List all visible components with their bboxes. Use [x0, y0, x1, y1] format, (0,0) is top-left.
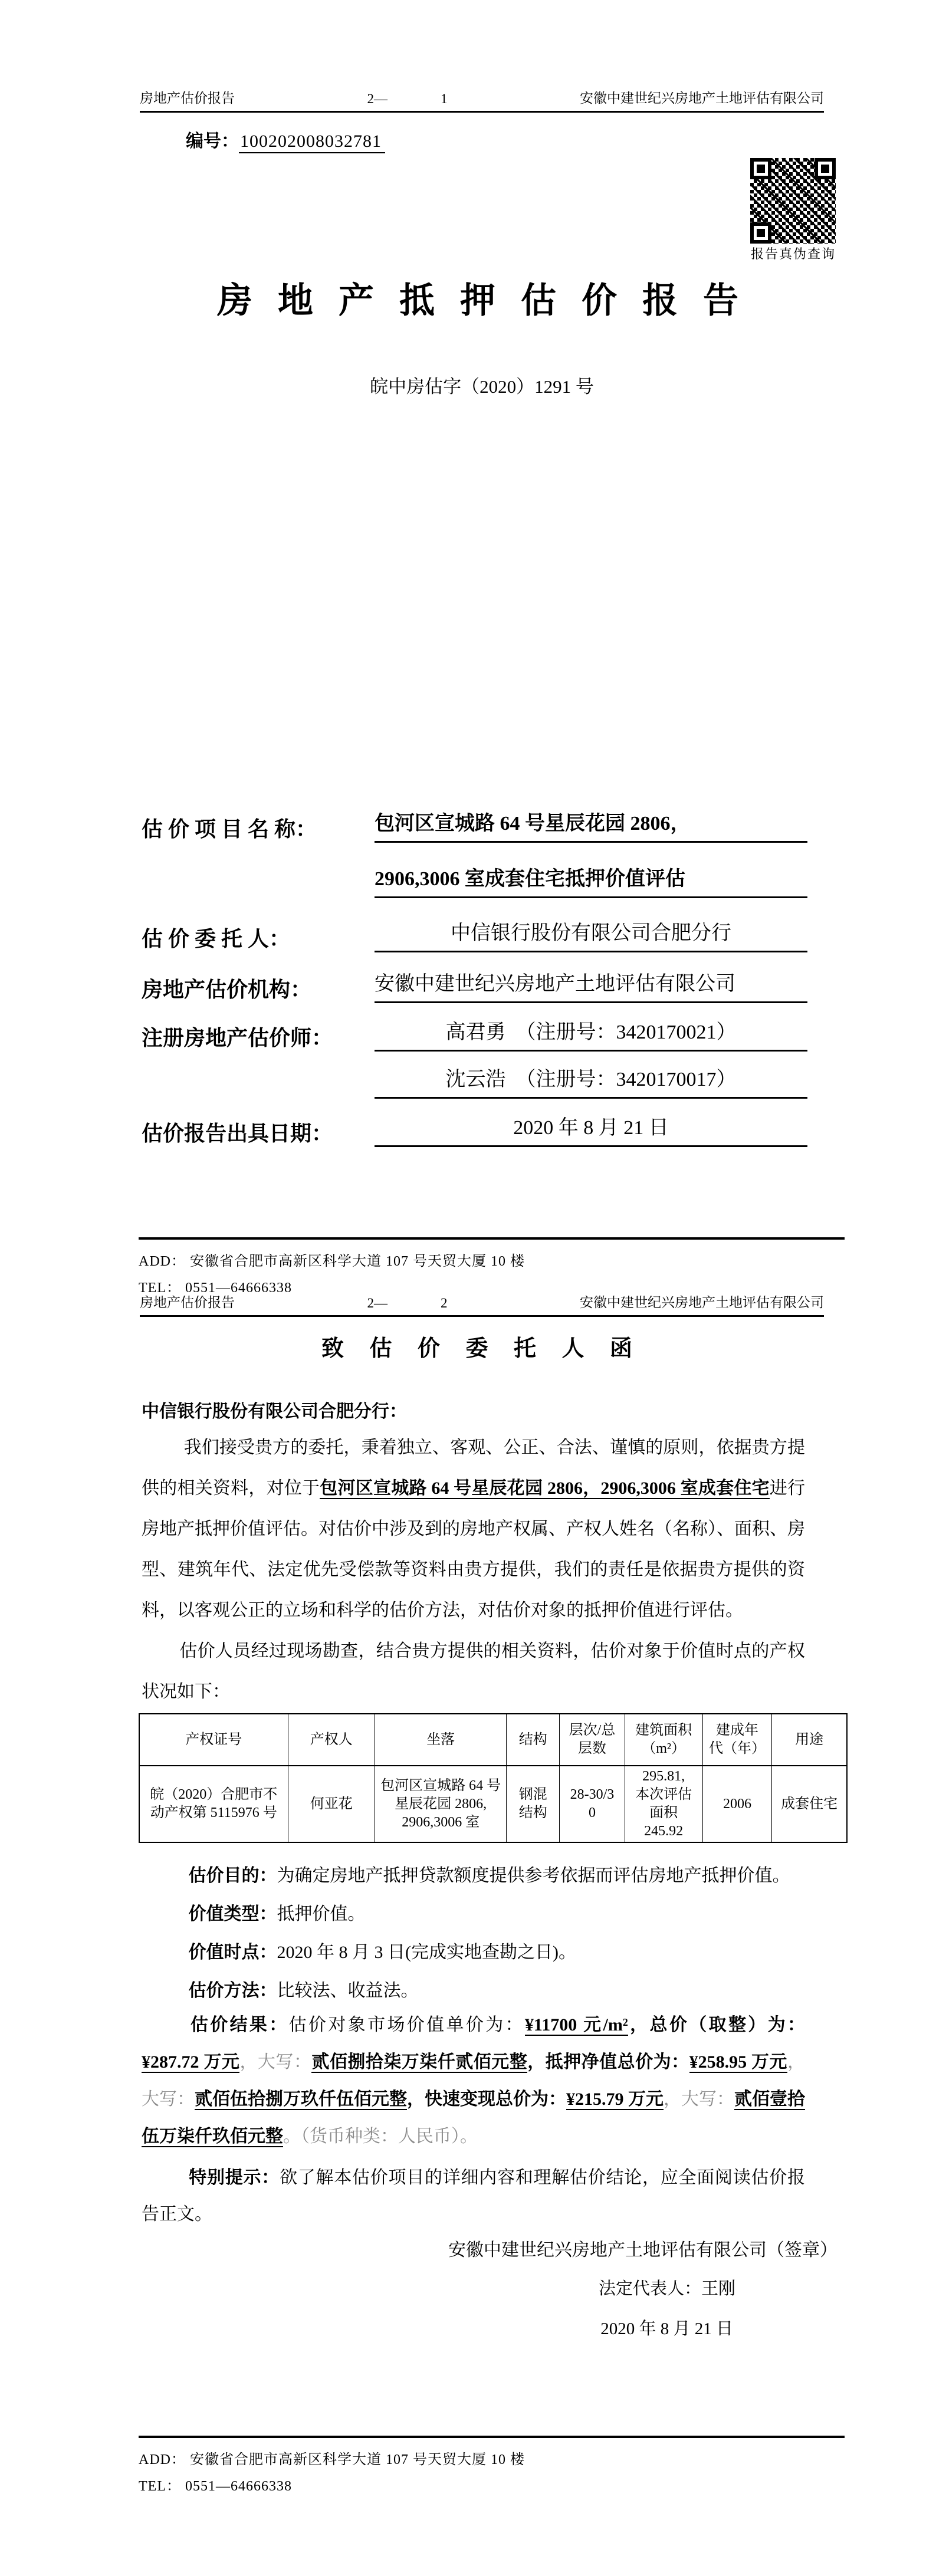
field-value: 沈云浩 （注册号：3420170017）: [375, 1063, 807, 1099]
footer-address: ADD： 安徽省合肥市高新区科学大道 107 号天贸大厦 10 楼: [139, 1249, 845, 1270]
result-unit-price: ¥11700 元/m²: [525, 2015, 628, 2036]
field-label: 房地产估价机构：: [142, 973, 375, 1003]
field-value: 高君勇 （注册号：3420170021）: [375, 1016, 807, 1052]
property-rights-table: 产权证号 产权人 坐落 结构 层次/总 层数 建筑面积 （m²） 建成年 代（年…: [139, 1713, 848, 1843]
letter-paragraph-2: 估价人员经过现场勘查，结合贵方提供的相关资料，估价对象于价值时点的产权状况如下：: [142, 1631, 805, 1712]
page2-footer: ADD： 安徽省合肥市高新区科学大道 107 号天贸大厦 10 楼 TEL： 0…: [139, 2436, 845, 2501]
footer-phone: TEL： 0551—64666338: [139, 2474, 845, 2495]
result-currency-note: 。（货币种类：人民币）。: [283, 2127, 478, 2146]
report-code-subtitle: 皖中房估字（2020）1291 号: [140, 372, 824, 398]
field-client: 估 价 委 托 人： 中信银行股份有限公司合肥分行: [142, 916, 807, 952]
cell-year-built: 2006: [702, 1766, 772, 1842]
page2-pagination: 2— 2: [367, 1296, 448, 1311]
section-value-type: 价值类型：抵押价值。: [142, 1896, 805, 1933]
section-label: 估价方法：: [189, 1981, 277, 2000]
running-header-company: 安徽中建世纪兴房地产土地评估有限公司: [580, 1292, 824, 1311]
signature-date: 2020 年 8 月 21 日: [142, 2315, 733, 2340]
running-header-doc-title: 房地产估价报告: [140, 1292, 235, 1311]
result-total-price: ¥287.72 万元: [142, 2052, 239, 2073]
pagination-current: 2: [441, 1296, 448, 1311]
result-label: 估价结果：: [191, 2015, 289, 2035]
field-project-name: 估 价 项 目 名 称： 包河区宣城路 64 号星辰花园 2806，: [142, 807, 807, 843]
result-daxie-label: ，大写：: [239, 2052, 311, 2072]
result-total-price-words: 贰佰捌拾柒万柒仟贰佰元整: [311, 2052, 527, 2073]
report-number-row: 编号：100202008032781: [186, 126, 385, 152]
result-text: ，快速变现总价为：: [407, 2089, 566, 2109]
cell-location: 包河区宣城路 64 号 星辰花园 2806, 2906,3006 室: [375, 1766, 507, 1842]
page1-pagination: 2— 1: [367, 91, 448, 107]
section-label: 价值类型：: [189, 1904, 277, 1924]
letter-salutation: 中信银行股份有限公司合肥分行：: [142, 1397, 407, 1422]
qr-finder-icon: [750, 158, 771, 179]
result-net-value: ¥258.95 万元: [689, 2052, 787, 2073]
section-result: 估价结果：估价对象市场价值单价为：¥11700 元/m²，总价（取整）为：¥28…: [142, 2006, 805, 2155]
table-row: 皖（2020）合肥市不 动产权第 5115976 号 何亚花 包河区宣城路 64…: [139, 1766, 847, 1842]
page-title: 房 地 产 抵 押 估 价 报 告: [140, 272, 824, 323]
field-appraiser-2: 沈云浩 （注册号：3420170017）: [142, 1063, 807, 1099]
para1-property-address: 包河区宣城路 64 号星辰花园 2806，2906,3006 室成套住宅: [320, 1478, 770, 1499]
footer-address: ADD： 安徽省合肥市高新区科学大道 107 号天贸大厦 10 楼: [139, 2447, 845, 2468]
result-text: ，抵押净值总价为：: [527, 2052, 689, 2072]
result-text: ，总价（取整）为：: [628, 2015, 805, 2035]
field-value: 2020 年 8 月 21 日: [375, 1111, 807, 1147]
letter-title: 致 估 价 委 托 人 函: [140, 1330, 824, 1362]
section-label: 估价目的：: [189, 1866, 277, 1885]
qr-code: [750, 158, 836, 244]
cell-certificate-no: 皖（2020）合肥市不 动产权第 5115976 号: [139, 1766, 288, 1842]
running-header-company: 安徽中建世纪兴房地产土地评估有限公司: [580, 87, 824, 107]
cell-area: 295.81, 本次评估 面积 245.92: [625, 1766, 702, 1842]
section-methods: 估价方法：比较法、收益法。: [142, 1973, 805, 2009]
result-daxie-label: ，大写：: [664, 2089, 734, 2109]
pagination-total: 2—: [367, 91, 388, 107]
field-label: 注册房地产估价师：: [142, 1021, 375, 1052]
field-value: 包河区宣城路 64 号星辰花园 2806，: [375, 807, 807, 843]
field-label: 估价报告出具日期：: [142, 1117, 375, 1147]
signature-legal-rep: 法定代表人：王刚: [142, 2275, 735, 2299]
result-text: 估价对象市场价值单价为：: [289, 2015, 525, 2035]
pagination-total: 2—: [367, 1296, 388, 1311]
field-value: 安徽中建世纪兴房地产土地评估有限公司: [375, 967, 807, 1003]
report-document: 房地产估价报告 2— 1 安徽中建世纪兴房地产土地评估有限公司 编号：10020…: [0, 0, 936, 2576]
field-agency: 房地产估价机构： 安徽中建世纪兴房地产土地评估有限公司: [142, 967, 807, 1003]
col-certificate-no: 产权证号: [139, 1714, 288, 1766]
section-value-date: 价值时点：2020 年 8 月 3 日(完成实地查勘之日)。: [142, 1934, 805, 1971]
special-note-label: 特别提示：: [189, 2168, 280, 2187]
field-appraiser-1: 注册房地产估价师： 高君勇 （注册号：3420170021）: [142, 1016, 807, 1052]
section-text: 抵押价值。: [277, 1904, 366, 1924]
qr-finder-icon: [750, 222, 771, 244]
col-structure: 结构: [507, 1714, 560, 1766]
section-purpose: 估价目的：为确定房地产抵押贷款额度提供参考依据而评估房地产抵押价值。: [142, 1858, 805, 1894]
result-quick-sale-value: ¥215.79 万元: [566, 2089, 664, 2110]
section-text: 2020 年 8 月 3 日(完成实地查勘之日)。: [277, 1943, 576, 1962]
letter-paragraph-1: 我们接受贵方的委托，秉着独立、客观、公正、合法、谨慎的原则，依据贵方提供的相关资…: [142, 1427, 805, 1631]
running-header-doc-title: 房地产估价报告: [140, 87, 235, 107]
field-issue-date: 估价报告出具日期： 2020 年 8 月 21 日: [142, 1111, 807, 1147]
col-floor: 层次/总 层数: [560, 1714, 625, 1766]
col-owner: 产权人: [288, 1714, 375, 1766]
col-year-built: 建成年 代（年）: [702, 1714, 772, 1766]
result-net-value-words: 贰佰伍拾捌万玖仟伍佰元整: [195, 2089, 407, 2110]
pagination-current: 1: [441, 91, 448, 107]
cell-usage: 成套住宅: [772, 1766, 847, 1842]
report-number-value: 100202008032781: [239, 132, 385, 153]
section-text: 比较法、收益法。: [277, 1981, 419, 2000]
page2-running-header: 房地产估价报告 2— 2 安徽中建世纪兴房地产土地评估有限公司: [140, 1292, 824, 1317]
qr-caption: 报告真伪查询: [747, 244, 840, 262]
report-number-label: 编号：: [186, 132, 239, 151]
cell-floor: 28-30/3 0: [560, 1766, 625, 1842]
field-label: 估 价 委 托 人：: [142, 922, 375, 952]
qr-finder-icon: [815, 158, 836, 179]
section-label: 价值时点：: [189, 1943, 277, 1962]
section-text: 为确定房地产抵押贷款额度提供参考依据而评估房地产抵押价值。: [277, 1866, 790, 1885]
col-usage: 用途: [772, 1714, 847, 1766]
cell-structure: 钢混 结构: [507, 1766, 560, 1842]
section-special-note: 特别提示：欲了解本估价项目的详细内容和理解估价结论，应全面阅读估价报告正文。: [142, 2160, 805, 2233]
signature-company: 安徽中建世纪兴房地产土地评估有限公司（签章）: [142, 2235, 838, 2261]
page1-running-header: 房地产估价报告 2— 1 安徽中建世纪兴房地产土地评估有限公司: [140, 87, 824, 113]
field-value: 中信银行股份有限公司合肥分行: [375, 916, 807, 952]
field-value: 2906,3006 室成套住宅抵押价值评估: [375, 862, 807, 898]
col-area: 建筑面积 （m²）: [625, 1714, 702, 1766]
field-label: 估 价 项 目 名 称：: [142, 813, 375, 843]
table-header-row: 产权证号 产权人 坐落 结构 层次/总 层数 建筑面积 （m²） 建成年 代（年…: [139, 1714, 847, 1766]
col-location: 坐落: [375, 1714, 507, 1766]
field-project-name-line2: 2906,3006 室成套住宅抵押价值评估: [142, 862, 807, 898]
cell-owner: 何亚花: [288, 1766, 375, 1842]
para1-post: 进行房地产抵押价值评估。对估价中涉及到的房地产权属、产权人姓名（名称）、面积、房…: [142, 1478, 805, 1620]
